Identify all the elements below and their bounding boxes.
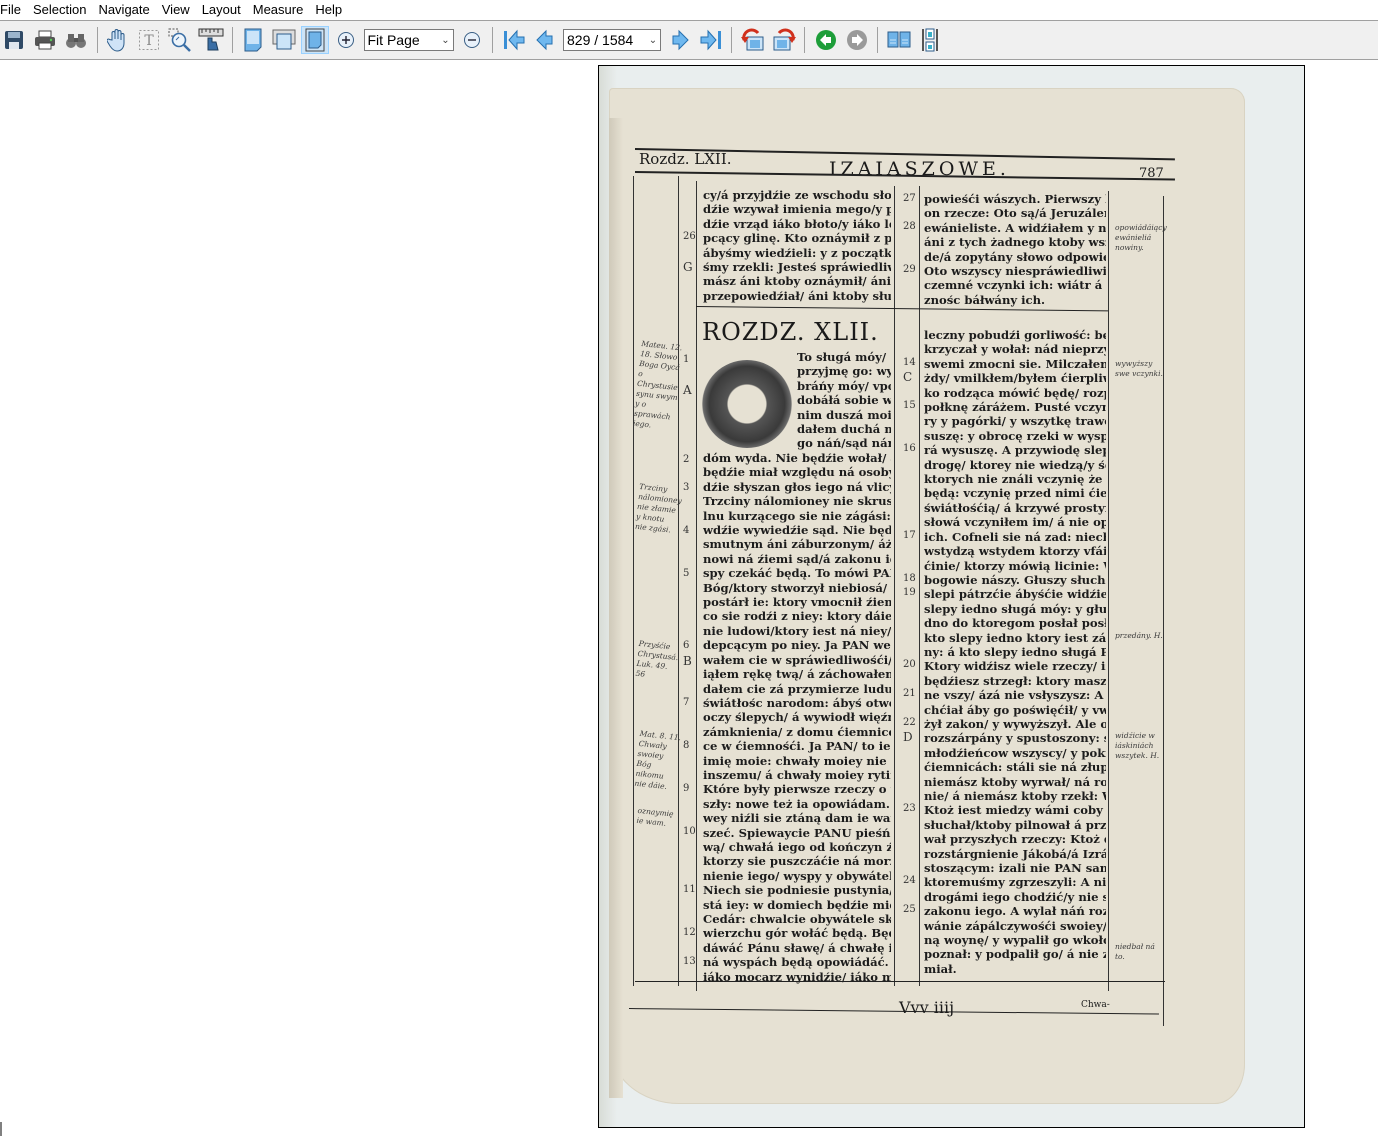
ruler-icon: [198, 28, 224, 52]
save-icon: [4, 30, 24, 50]
decorated-initial: [702, 360, 792, 448]
pan-tool-button[interactable]: [104, 26, 132, 54]
page-gutter: [609, 118, 623, 1098]
zoom-out-icon: [463, 31, 481, 49]
toolbar-separator: [232, 27, 233, 53]
rotate-left-button[interactable]: [739, 26, 767, 54]
back-icon: [815, 29, 837, 51]
last-page-button[interactable]: [697, 26, 725, 54]
text-column-left: dóm wyda. Nie będźie wołał/ áni będźie m…: [703, 451, 891, 984]
menu-navigate[interactable]: Navigate: [92, 0, 155, 20]
fit-width-button[interactable]: [270, 26, 298, 54]
signature-mark: Vvv iiij: [899, 998, 954, 1017]
menu-measure[interactable]: Measure: [247, 0, 310, 20]
text-column-beside-initial: To sługá móy/ przyjmę go: wy- bráńy móy/…: [797, 350, 891, 451]
footer-rule: [635, 981, 1165, 982]
first-page-icon: [502, 29, 526, 51]
page-indicator: 829 / 1584: [567, 32, 646, 48]
menu-file[interactable]: File: [0, 0, 27, 20]
toolbar: T Fit Page ⌄ 829 / 1584 ⌄: [0, 20, 1378, 60]
column-rule: [633, 176, 634, 986]
single-page-icon: [243, 28, 263, 52]
chevron-down-icon: ⌄: [646, 35, 660, 46]
prev-page-icon: [535, 29, 555, 51]
margin-note: oznaymię ie wam.: [636, 806, 680, 830]
menu-layout[interactable]: Layout: [196, 0, 247, 20]
fit-page-button[interactable]: [301, 26, 329, 54]
margin-note: Mat. 8. 11. Chwały swoiey Bóg nikomu nie…: [634, 729, 682, 793]
column-rule: [1163, 196, 1164, 1026]
menu-bar: File Selection Navigate View Layout Meas…: [0, 0, 1378, 20]
text-column-top-right: powieśći wászych. Pierwszy ku Si- on rze…: [924, 192, 1106, 307]
toolbar-separator: [804, 27, 805, 53]
rotate-right-icon: [771, 28, 797, 52]
column-rule: [894, 186, 895, 986]
margin-note: opowiádáiący ewánieliá nowiny.: [1115, 223, 1165, 253]
next-page-button[interactable]: [666, 26, 694, 54]
margin-note: Przyśćie Chrystusá. Luk. 49. 56: [635, 639, 681, 683]
margin-note: Trzciny nálomioney nie złamie y knotu ni…: [635, 482, 682, 536]
margin-note: niedbał ná to.: [1115, 942, 1165, 962]
binoculars-icon: [65, 31, 87, 49]
margin-note: wywyższy swe vczynki.: [1115, 359, 1165, 379]
find-button[interactable]: [62, 26, 90, 54]
catchword: Chwa-: [1081, 1000, 1110, 1010]
column-rule: [919, 186, 920, 986]
next-page-icon: [670, 29, 690, 51]
menu-view[interactable]: View: [156, 0, 196, 20]
chevron-down-icon: ⌄: [439, 35, 453, 46]
running-header-chapter: Rozdz. LXII.: [639, 150, 732, 168]
last-page-icon: [699, 29, 723, 51]
menu-selection[interactable]: Selection: [27, 0, 92, 20]
toolbar-separator: [731, 27, 732, 53]
page-view[interactable]: Rozdz. LXII. IZAIASZOWE. 787 cy/á przyjd…: [598, 65, 1305, 1128]
print-button[interactable]: [31, 26, 59, 54]
continuous-button[interactable]: [916, 26, 944, 54]
single-page-button[interactable]: [239, 26, 267, 54]
hand-icon: [107, 28, 129, 52]
two-page-icon: [887, 31, 911, 49]
fit-width-icon: [272, 29, 296, 51]
continuous-icon: [921, 28, 939, 52]
scroll-indicator: [0, 1122, 2, 1136]
svg-text:T: T: [144, 33, 154, 49]
text-column-top-left: cy/á przyjdźie ze wschodu słońcá: bę- dź…: [703, 188, 891, 303]
zoom-out-button[interactable]: [458, 26, 486, 54]
first-page-button[interactable]: [500, 26, 528, 54]
column-rule: [1108, 191, 1109, 991]
menu-help[interactable]: Help: [309, 0, 348, 20]
chapter-heading: ROZDZ. XLII.: [702, 318, 879, 346]
text-column-right: leczny pobudźi gorliwość: będźie krzycza…: [924, 328, 1106, 976]
rotate-right-button[interactable]: [770, 26, 798, 54]
print-icon: [34, 30, 56, 50]
toolbar-separator: [877, 27, 878, 53]
toolbar-separator: [492, 27, 493, 53]
two-page-button[interactable]: [885, 26, 913, 54]
toolbar-separator: [97, 27, 98, 53]
forward-icon: [846, 29, 868, 51]
forward-button[interactable]: [843, 26, 871, 54]
back-button[interactable]: [812, 26, 840, 54]
prev-page-button[interactable]: [531, 26, 559, 54]
margin-note: przedány. H.: [1115, 631, 1165, 641]
zoom-mode-value: Fit Page: [368, 32, 439, 48]
page-number-select[interactable]: 829 / 1584 ⌄: [563, 29, 661, 51]
zoom-in-icon: [337, 31, 355, 49]
column-rule: [678, 176, 679, 986]
margin-note: widźicie w iáskiniách wszytek. H.: [1115, 731, 1165, 761]
zoom-area-button[interactable]: [166, 26, 194, 54]
zoom-in-button[interactable]: [332, 26, 360, 54]
column-rule: [696, 181, 697, 991]
rotate-left-icon: [740, 28, 766, 52]
measure-button[interactable]: [197, 26, 225, 54]
save-button[interactable]: [0, 26, 28, 54]
text-select-icon: T: [138, 29, 160, 51]
text-select-button[interactable]: T: [135, 26, 163, 54]
fit-page-icon: [305, 28, 325, 52]
zoom-mode-select[interactable]: Fit Page ⌄: [364, 29, 454, 51]
zoom-area-icon: [168, 28, 192, 52]
